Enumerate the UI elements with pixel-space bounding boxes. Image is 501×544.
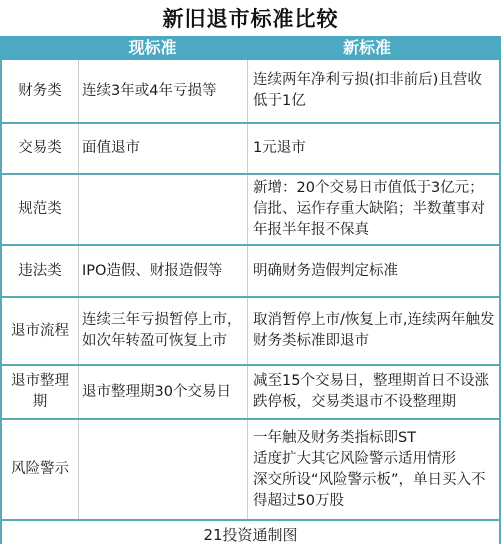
table-row: 违法类 IPO造假、财报造假等 明确财务造假判定标准 — [1, 245, 500, 297]
row-old: 退市整理期30个交易日 — [79, 365, 248, 419]
header-new-standard: 新标准 — [233, 36, 501, 60]
table-row: 规范类 新增：20个交易日市值低于3亿元；信批、运作存重大缺陷；半数董事对年报半… — [1, 174, 500, 245]
row-category: 退市整理期 — [1, 365, 79, 419]
row-new: 减至15个交易日，整理期首日不设涨跌停板，交易类退市不设整理期 — [248, 365, 501, 419]
row-old: 连续3年或4年亏损等 — [79, 60, 248, 123]
risk-line: 深交所设“风险警示板”，单日买入不得超过50万股 — [253, 470, 495, 512]
comparison-table: 财务类 连续3年或4年亏损等 连续两年净利亏损(扣非前后)且营收低于1亿 交易类… — [0, 60, 501, 521]
comparison-document: 新旧退市标准比较 现标准 新标准 财务类 连续3年或4年亏损等 连续两年净利亏损… — [0, 0, 501, 544]
table-header: 现标准 新标准 — [0, 36, 501, 60]
row-old: 面值退市 — [79, 123, 248, 174]
table-row: 财务类 连续3年或4年亏损等 连续两年净利亏损(扣非前后)且营收低于1亿 — [1, 60, 500, 123]
row-category: 规范类 — [1, 174, 79, 245]
row-category: 风险警示 — [1, 419, 79, 520]
row-old — [79, 419, 248, 520]
page-title: 新旧退市标准比较 — [0, 0, 501, 36]
header-old-standard: 现标准 — [72, 36, 233, 60]
table-row: 退市整理期 退市整理期30个交易日 减至15个交易日，整理期首日不设涨跌停板，交… — [1, 365, 500, 419]
risk-line: 一年触及财务类指标即ST — [253, 428, 495, 449]
row-new: 一年触及财务类指标即ST 适度扩大其它风险警示适用情形 深交所设“风险警示板”，… — [248, 419, 501, 520]
header-category — [0, 36, 72, 60]
row-old: 连续三年亏损暂停上市，如次年转盈可恢复上市 — [79, 297, 248, 365]
row-old — [79, 174, 248, 245]
risk-line: 适度扩大其它风险警示适用情形 — [253, 449, 495, 470]
row-new: 明确财务造假判定标准 — [248, 245, 501, 297]
row-category: 违法类 — [1, 245, 79, 297]
row-new: 1元退市 — [248, 123, 501, 174]
row-old: IPO造假、财报造假等 — [79, 245, 248, 297]
table-row: 退市流程 连续三年亏损暂停上市，如次年转盈可恢复上市 取消暂停上市/恢复上市,连… — [1, 297, 500, 365]
row-category: 交易类 — [1, 123, 79, 174]
row-category: 财务类 — [1, 60, 79, 123]
row-new: 新增：20个交易日市值低于3亿元；信批、运作存重大缺陷；半数董事对年报半年报不保… — [248, 174, 501, 245]
footer-credit: 21投资通制图 — [0, 521, 501, 544]
row-category: 退市流程 — [1, 297, 79, 365]
table-row: 风险警示 一年触及财务类指标即ST 适度扩大其它风险警示适用情形 深交所设“风险… — [1, 419, 500, 520]
row-new: 取消暂停上市/恢复上市,连续两年触发财务类标准即退市 — [248, 297, 501, 365]
table-row: 交易类 面值退市 1元退市 — [1, 123, 500, 174]
row-new: 连续两年净利亏损(扣非前后)且营收低于1亿 — [248, 60, 501, 123]
